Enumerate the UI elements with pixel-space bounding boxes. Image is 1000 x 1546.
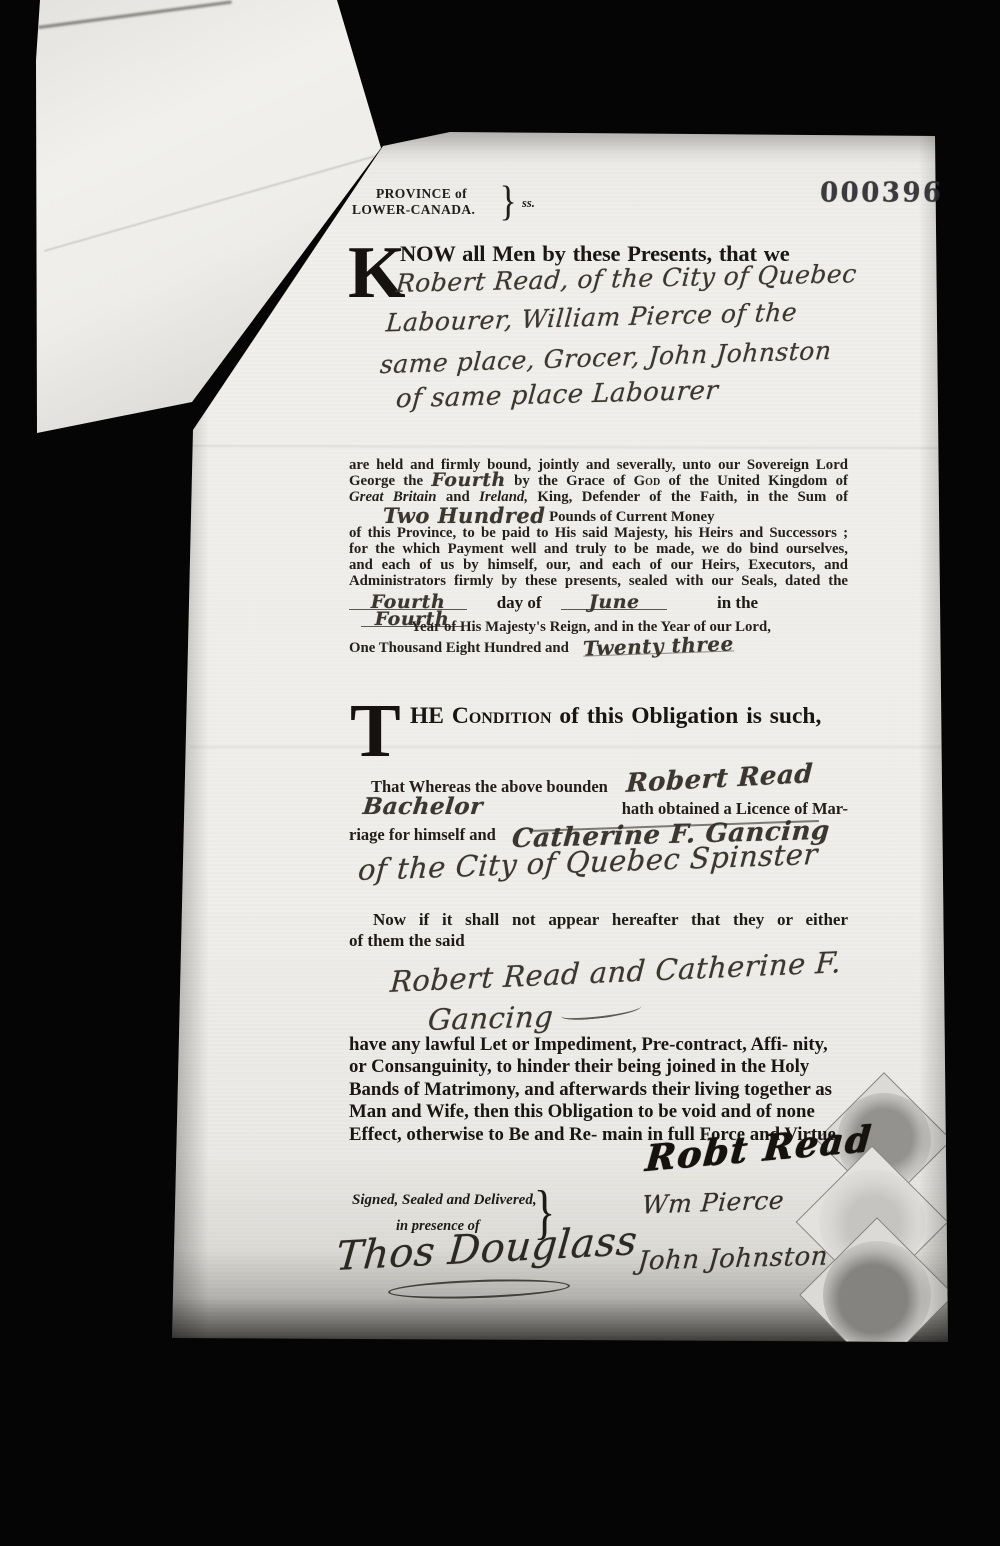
attestation-line1: Signed, Sealed and Delivered,: [352, 1192, 537, 1209]
condition-line3-print: riage for himself and: [349, 825, 496, 844]
handwritten-surname: Gancing: [427, 999, 555, 1036]
paper-crease: [38, 1, 232, 29]
bond-paragraph: are held and firmly bound, jointly and s…: [349, 457, 848, 656]
bond-date-line: Fourth day of June in the Fourth: [349, 595, 848, 617]
proviso-line2: of them the said: [349, 931, 465, 951]
signature-william-pierce: Wm Pierce: [641, 1185, 785, 1219]
header-brace: }: [500, 178, 517, 226]
bond-line1: are held and firmly bound, jointly and s…: [349, 457, 848, 473]
pen-flourish: [562, 1000, 642, 1022]
bond-line2-print-b1: by the Grace of: [514, 473, 625, 489]
ss-abbreviation: ss.: [522, 196, 535, 211]
bond-line3-print-b: King, Defender of the Faith, in the Sum …: [537, 489, 848, 505]
closing-line1: have any lawful Let or Impediment, Pre-c…: [349, 1034, 788, 1055]
bond-line11: One Thousand Eight Hundred and Twenty th…: [349, 638, 848, 656]
bond-line4-print: Pounds of Current Money: [549, 509, 714, 525]
handwritten-year: Twenty three: [582, 636, 733, 656]
province-line2: LOWER-CANADA.: [352, 202, 475, 218]
serial-number-stamp: 000396: [819, 177, 944, 209]
bond-date-print-b: in the: [717, 593, 758, 612]
handwritten-month: June: [561, 595, 667, 610]
bond-line2-print-b2: of the United Kingdom of: [668, 473, 848, 489]
bond-line2-print-a: George the: [349, 473, 423, 489]
handwritten-groom-status: Bachelor: [362, 793, 485, 820]
handwritten-couple-names-line2: Gancing: [427, 997, 643, 1037]
microfilm-frame: { "header": { "province_line1": "PROVINC…: [0, 0, 1000, 1546]
condition-heading-a: HE: [410, 703, 452, 729]
dropcap-t: T: [350, 700, 401, 762]
bond-line8: Administrators firmly by these presents,…: [349, 573, 848, 589]
bond-line2: George the Fourth by the Grace of God of…: [349, 473, 848, 489]
condition-line2: Bachelor hath obtained a Licence of Mar-: [349, 793, 848, 820]
word-god-smallcaps: God: [634, 473, 661, 489]
proviso-line1: Now if it shall not appear hereafter tha…: [349, 910, 848, 930]
condition-heading-b: of this Obligation is such,: [552, 703, 822, 729]
bond-line11-print: One Thousand Eight Hundred and: [349, 640, 569, 656]
proviso-line1-text: Now if it shall not appear hereafter tha…: [349, 910, 848, 929]
condition-heading: HE Condition of this Obligation is such,: [410, 703, 821, 730]
bond-line7: and each of us by himself, our, and each…: [349, 557, 848, 573]
bond-date-print-a: day of: [497, 593, 542, 612]
condition-heading-smallcaps: Condition: [452, 703, 552, 729]
fold-line: [190, 746, 945, 748]
handwritten-monarch-ordinal: Fourth: [431, 469, 506, 491]
bond-line6: for the which Payment well and truly to …: [349, 541, 848, 557]
signature-john-johnston: John Johnston: [637, 1241, 829, 1276]
handwritten-sum: Two Hundred: [383, 503, 545, 528]
bond-line10: Year of His Majesty's Reign, and in the …: [349, 619, 848, 635]
fold-line: [184, 445, 944, 449]
province-caption: PROVINCE of LOWER-CANADA.: [352, 186, 475, 218]
bond-line4: Two Hundred Pounds of Current Money: [349, 506, 848, 525]
province-line1: PROVINCE of: [376, 186, 475, 202]
